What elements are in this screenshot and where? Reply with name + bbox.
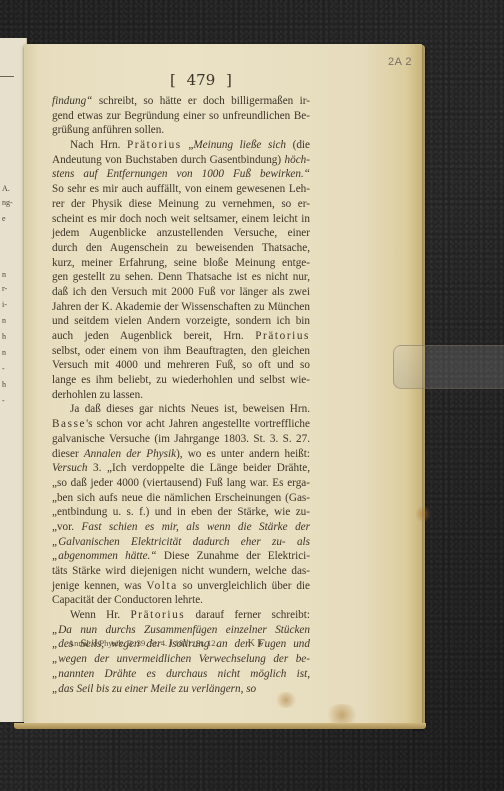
text-line: und seitdem vielen Andern vorzeigte, son… [52,314,310,329]
text-run: „entbindung u. s. f.) und in eben der St… [52,506,310,518]
text-run: dieser [52,448,84,460]
text-run: gen gestellt zu sehen. Denn Thatsache is… [52,271,310,283]
text-line: So sehr es mir auch auffällt, von einem … [52,182,310,197]
text-run: durch den Augenschein zu beweisenden Tha… [52,242,310,254]
text-run: Andeutung von Buchstaben durch Gasentbin… [52,154,285,166]
text-line: lange es ihm beliebt, zu wiederhohlen un… [52,373,310,388]
text-line: Capacität der Conductoren lehrte. [52,593,310,608]
text-line: Andeutung von Buchstaben durch Gasentbin… [52,153,310,168]
text-run: 3. „Ich verdoppelte die Länge beider Drä… [87,462,310,474]
text-run: „so daß jeder 4000 (viertausend) Fuß lan… [52,477,310,489]
text-line: „so daß jeder 4000 (viertausend) Fuß lan… [52,476,310,491]
text-run: „ben sich aufs neue die nämlichen Ersche… [52,492,310,504]
spaced-name: Volta [146,580,177,592]
text-run: lange es ihm beliebt, zu wiederhohlen un… [52,374,310,386]
footer-reference: Annal. d Physik. B. 39. St. 4. J 1811. S… [68,638,218,648]
text-line: Wenn Hr. Prätorius darauf ferner schreib… [52,608,310,623]
text-line: grüßung anführen sollen. [52,123,310,138]
left-page-text-fragment: h [2,380,6,389]
spaced-name: Prätorius [255,330,310,342]
left-page-text-fragment: ng- [2,198,13,207]
text-run: „ [182,139,194,151]
text-run: Versuch mit 4000 und mehreren Fuß, so of… [52,359,310,371]
text-run: Wenn Hr. [70,609,130,621]
text-line: findung“ schreibt, so hätte er doch bill… [52,94,310,109]
text-line: selbst, oder einem von ihm Beauftragten,… [52,344,310,359]
italic-text: Annalen der Physik [84,448,176,460]
left-page-text-fragment: A. [2,184,10,193]
text-run: ), wo es unter andern heißt: [176,448,310,460]
text-run: Ja daß dieses gar nichts Neues ist, bewe… [70,403,310,415]
text-line: durch den Augenschein zu beweisenden Tha… [52,241,310,256]
text-run: schreibt, so hätte er doch billigermaßen… [92,95,310,107]
text-run: so unvergleichlich über die [178,580,310,592]
text-run: So sehr es mir auch auffällt, von einem … [52,183,310,195]
text-line: „Galvanischen Elektricität dadurch eher … [52,535,310,550]
text-run: Nach Hrn. [70,139,127,151]
text-line: Ja daß dieses gar nichts Neues ist, bewe… [52,402,310,417]
text-run: täts Stärke wird diejenigen nicht wunder… [52,565,310,577]
text-run: grüßung anführen sollen. [52,124,164,136]
text-line: „ben sich aufs neue die nämlichen Ersche… [52,491,310,506]
italic-text: „Galvanischen Elektricität dadurch eher … [52,536,310,548]
text-run: gend etwas zur Begründung einer so unfre… [52,110,310,122]
text-run: 's schon vor acht Jahren angestellte vor… [86,418,310,430]
text-run: Capacität der Conductoren lehrte. [52,594,203,606]
text-line: „vor. Fast schien es mir, als wenn die S… [52,520,310,535]
text-line: gend etwas zur Begründung einer so unfre… [52,109,310,124]
italic-text: Fast schien es mir, als wenn die Stärke … [82,521,310,533]
text-run: darauf ferner schreibt: [185,609,310,621]
text-run: galvanische Versuche (im Jahrgange 1803.… [52,433,310,445]
shelfmark-annotation: 2A 2 [388,56,412,68]
left-page-rule [0,76,14,77]
text-run: derhohlen zu lassen. [52,389,143,401]
text-line: Nach Hrn. Prätorius „Meinung ließe sich … [52,138,310,153]
text-line: Jahren der K. Akademie der Wissenschafte… [52,300,310,315]
text-line: jedem Augenblicke anzustellenden Versuch… [52,226,310,241]
text-line: „wegen der unvermeidlichen Verwechselung… [52,652,310,667]
text-run: jenige kennen, was [52,580,146,592]
italic-text: höch- [285,154,310,166]
text-line: rer der Physik diese Meinung zu vernehme… [52,197,310,212]
text-line: „abgenommen hätte.“ Diese Zunahme der El… [52,549,310,564]
text-line: Basse's schon vor acht Jahren angestellt… [52,417,310,432]
left-page-text-fragment: h [2,332,6,341]
text-line: auch jeden Augenblick bereit, Hrn. Präto… [52,329,310,344]
left-page-text-fragment: r- [2,284,7,293]
text-run: jedem Augenblicke anzustellenden Versuch… [52,227,310,239]
text-run: scheint es mir doch noch weit seltsamer,… [52,213,310,225]
text-run: „vor. [52,521,82,533]
text-line: daß ich den Versuch mit 2000 Fuß vor län… [52,285,310,300]
left-page-text-fragment: e [2,214,6,223]
spaced-name: Prätorius [130,609,185,621]
italic-text: „nannten Drähte es durchaus nicht möglic… [52,668,310,680]
text-line: scheint es mir doch noch weit seltsamer,… [52,212,310,227]
left-page-text-fragment: i- [2,300,7,309]
left-page-text-fragment: n [2,270,6,279]
text-line: galvanische Versuche (im Jahrgange 1803.… [52,432,310,447]
italic-text: „wegen der unvermeidlichen Verwechselung… [52,653,310,665]
italic-text: findung“ [52,95,92,107]
page-footer: Annal. d Physik. B. 39. St. 4. J 1811. S… [68,638,263,649]
bookmark-tab [393,345,504,389]
text-line: stens auf Entfernungen von 1000 Fuß bewi… [52,167,310,182]
text-run: auch jeden Augenblick bereit, Hrn. [52,330,255,342]
text-line: „Da nun durchs Zusammenfügen einzelner S… [52,623,310,638]
left-page-text-fragment: n [2,348,6,357]
italic-text: „das Seil bis zu einer Meile zu verlänge… [52,683,256,695]
page-number: [ 479 ] [170,71,232,89]
spaced-name: Basse [52,418,86,430]
text-line: derhohlen zu lassen. [52,388,310,403]
text-run: (die [286,139,310,151]
left-page-text-fragment: n [2,316,6,325]
text-line: kurz, meiner Erfahrung, seine bloße Mein… [52,256,310,271]
text-run: Jahren der K. Akademie der Wissenschafte… [52,301,310,313]
page-bottom-edge [14,723,426,729]
foxing-stain [416,504,430,524]
text-run: daß ich den Versuch mit 2000 Fuß vor län… [52,286,310,298]
text-run: und seitdem vielen Andern vorzeigte, son… [52,315,310,327]
spaced-name: Prätorius [127,139,182,151]
text-line: „entbindung u. s. f.) und in eben der St… [52,505,310,520]
text-run: Diese Zunahme der Elektrici- [157,550,310,562]
text-run: rer der Physik diese Meinung zu vernehme… [52,198,310,210]
italic-text: „abgenommen hätte.“ [52,550,157,562]
text-line: täts Stärke wird diejenigen nicht wunder… [52,564,310,579]
italic-text: „Da nun durchs Zusammenfügen einzelner S… [52,624,310,636]
italic-text: Meinung ließe sich [193,139,286,151]
left-page-text-fragment: - [2,364,5,373]
text-line: „das Seil bis zu einer Meile zu verlänge… [52,682,310,697]
left-page-edge: A.ng-enr-i-nhn-h- [0,38,27,722]
left-page-text-fragment: - [2,396,5,405]
text-line: „nannten Drähte es durchaus nicht möglic… [52,667,310,682]
text-line: Versuch mit 4000 und mehreren Fuß, so of… [52,358,310,373]
text-line: dieser Annalen der Physik), wo es unter … [52,447,310,462]
text-line: Versuch 3. „Ich verdoppelte die Länge be… [52,461,310,476]
text-run: kurz, meiner Erfahrung, seine bloße Mein… [52,257,310,269]
text-line: jenige kennen, was Volta so unvergleichl… [52,579,310,594]
text-run: selbst, oder einem von ihm Beauftragten,… [52,345,310,357]
italic-text: Versuch [52,462,87,474]
italic-text: stens auf Entfernungen von 1000 Fuß bewi… [52,168,310,180]
body-text: findung“ schreibt, so hätte er doch bill… [52,94,310,696]
signature-mark: K k [248,638,263,649]
text-line: gen gestellt zu sehen. Denn Thatsache is… [52,270,310,285]
